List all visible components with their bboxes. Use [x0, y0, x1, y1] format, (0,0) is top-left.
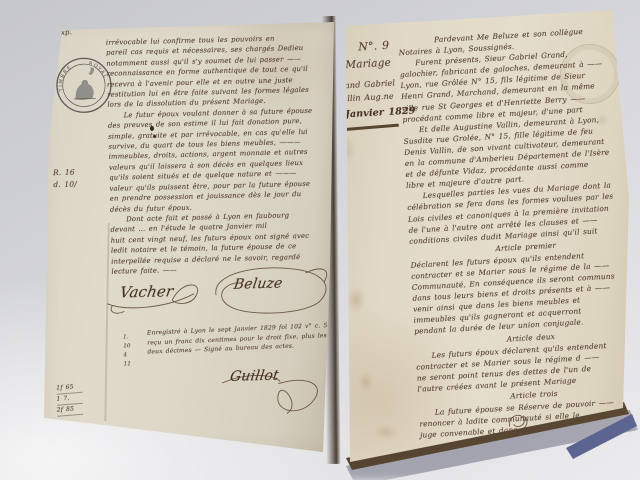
signature-name: Beluze	[233, 275, 284, 292]
right-page-content: N°. 9 Mariage Grand Gabriel Vallin Aug.n…	[320, 0, 640, 476]
signature-name: Vacher	[119, 282, 175, 301]
corner-note: Exp.	[55, 28, 72, 38]
signature-guillot: Guillot	[216, 360, 339, 423]
register-right-page: N°. 9 Mariage Grand Gabriel Vallin Aug.n…	[322, 0, 640, 472]
svg-text:TIMBRE: TIMBRE	[58, 64, 74, 93]
signature-name: Guillot	[229, 368, 280, 385]
royal-timbre-seal: TIMBRE ROYAL	[54, 56, 113, 115]
account-notes: 1f 651 7.2f 85	[56, 382, 101, 416]
registration-fee-figures: 1.10411	[123, 333, 144, 369]
act-type-label: Mariage	[345, 57, 391, 72]
margin-reference-notes: R. 16d. 10/	[53, 166, 104, 191]
ink-speck	[611, 0, 622, 9]
signature-beluze: Beluze	[205, 260, 338, 321]
photograph-of-notarial-documents: N°. 9 Mariage Grand Gabriel Vallin Aug.n…	[0, 0, 640, 480]
loose-document-sheet: Exp. TIMBRE ROYAL R. 16d. 10/ irrévoca	[36, 18, 336, 456]
donation-act-text: irrévocable lui confirme tous les pouvoi…	[106, 32, 336, 277]
seal-text-left: TIMBRE	[58, 64, 74, 93]
party-name-bride: Vallin Aug.ne	[337, 92, 394, 104]
contract-text: Pardevant Me Beluze et son collègueNotai…	[398, 23, 640, 441]
left-sheet-content: Exp. TIMBRE ROYAL R. 16d. 10/ irrévoca	[35, 12, 346, 457]
signature-vacher: Vacher	[104, 273, 221, 318]
registration-note: Enregistré à Lyon le sept Janvier 1829 f…	[147, 322, 354, 356]
margin-note: d. 10/	[53, 178, 103, 191]
party-name-groom: Grand Gabriel	[334, 78, 395, 90]
act-number: N°. 9	[358, 39, 390, 54]
fee-figure: 11	[124, 360, 144, 369]
account-figure: 2f 85	[56, 404, 83, 417]
margin-rule	[345, 124, 399, 131]
